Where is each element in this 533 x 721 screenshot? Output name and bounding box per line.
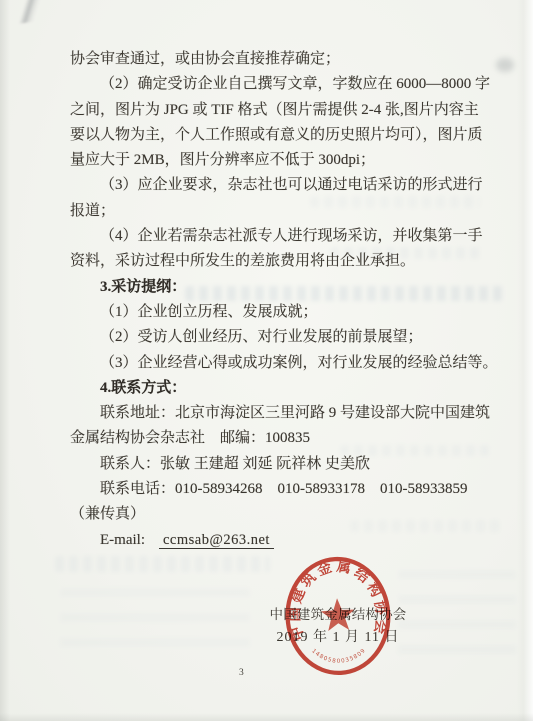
document-line: 4.联系方式： bbox=[70, 376, 488, 401]
document-line: 资料，采访过程中所发生的差旅费用将由企业承担。 bbox=[70, 249, 488, 274]
document-line: 要以人物为主，个人工作照或有意义的历史照片均可），图片质 bbox=[70, 123, 488, 148]
document-line: 3.采访提纲： bbox=[70, 275, 488, 300]
document-line: 联系地址：北京市海淀区三里河路 9 号建设部大院中国建筑 bbox=[70, 401, 488, 426]
document-line: （兼传真） bbox=[70, 502, 488, 527]
scanned-document-page: 协会审查通过，或由协会直接推荐确定；（2）确定受访企业自己撰写文章，字数应在 6… bbox=[0, 0, 533, 721]
document-line: （2）受访人创业经历、对行业发展的前景展望； bbox=[70, 325, 488, 350]
document-line: 报道； bbox=[70, 199, 488, 224]
document-line: （3）应企业要求，杂志社也可以通过电话采访的形式进行 bbox=[70, 173, 488, 198]
page-edge-shadow bbox=[0, 713, 533, 721]
bleed-through-smudge bbox=[60, 588, 250, 656]
email-address: ccmsab@263.net bbox=[159, 532, 274, 549]
document-line: 量应大于 2MB，图片分辨率应不低于 300dpi； bbox=[70, 148, 488, 173]
document-line: （2）确定受访企业自己撰写文章，字数应在 6000—8000 字 bbox=[70, 72, 488, 97]
seal-serial-code: 1480580035809 bbox=[310, 645, 368, 666]
email-label: E-mail: bbox=[100, 532, 145, 548]
scan-crease bbox=[2, 0, 58, 25]
scan-smudge bbox=[496, 58, 514, 72]
seal-organization-text: 中国建筑金属结构协会 bbox=[282, 554, 392, 643]
bleed-through-smudge bbox=[55, 556, 270, 572]
page-edge-shadow bbox=[517, 0, 533, 721]
document-body: 协会审查通过，或由协会直接推荐确定；（2）确定受访企业自己撰写文章，字数应在 6… bbox=[70, 47, 488, 553]
document-line: （1）企业创立历程、发展成就； bbox=[70, 300, 488, 325]
official-seal: 中国建筑金属结构协会 1480580035809 bbox=[281, 553, 395, 680]
document-line: 金属结构协会杂志社 邮编：100835 bbox=[70, 426, 488, 451]
red-star-icon bbox=[320, 597, 355, 631]
document-line: 协会审查通过，或由协会直接推荐确定； bbox=[70, 47, 488, 72]
document-line: 之间，图片为 JPG 或 TIF 格式（图片需提供 2-4 张,图片内容主 bbox=[70, 98, 488, 123]
page-edge-shadow bbox=[0, 0, 10, 721]
document-line: 联系电话：010-58934268 010-58933178 010-58933… bbox=[70, 477, 488, 502]
document-line: （4）企业若需杂志社派专人进行现场采访，并收集第一手 bbox=[70, 224, 488, 249]
document-line: （3）企业经营心得或成功案例，对行业发展的经验总结等。 bbox=[70, 351, 488, 376]
page-number: 3 bbox=[239, 668, 244, 678]
document-line: 联系人：张敏 王建超 刘延 阮祥林 史美欣 bbox=[70, 452, 488, 477]
document-line: E-mail:ccmsab@263.net bbox=[70, 528, 488, 553]
